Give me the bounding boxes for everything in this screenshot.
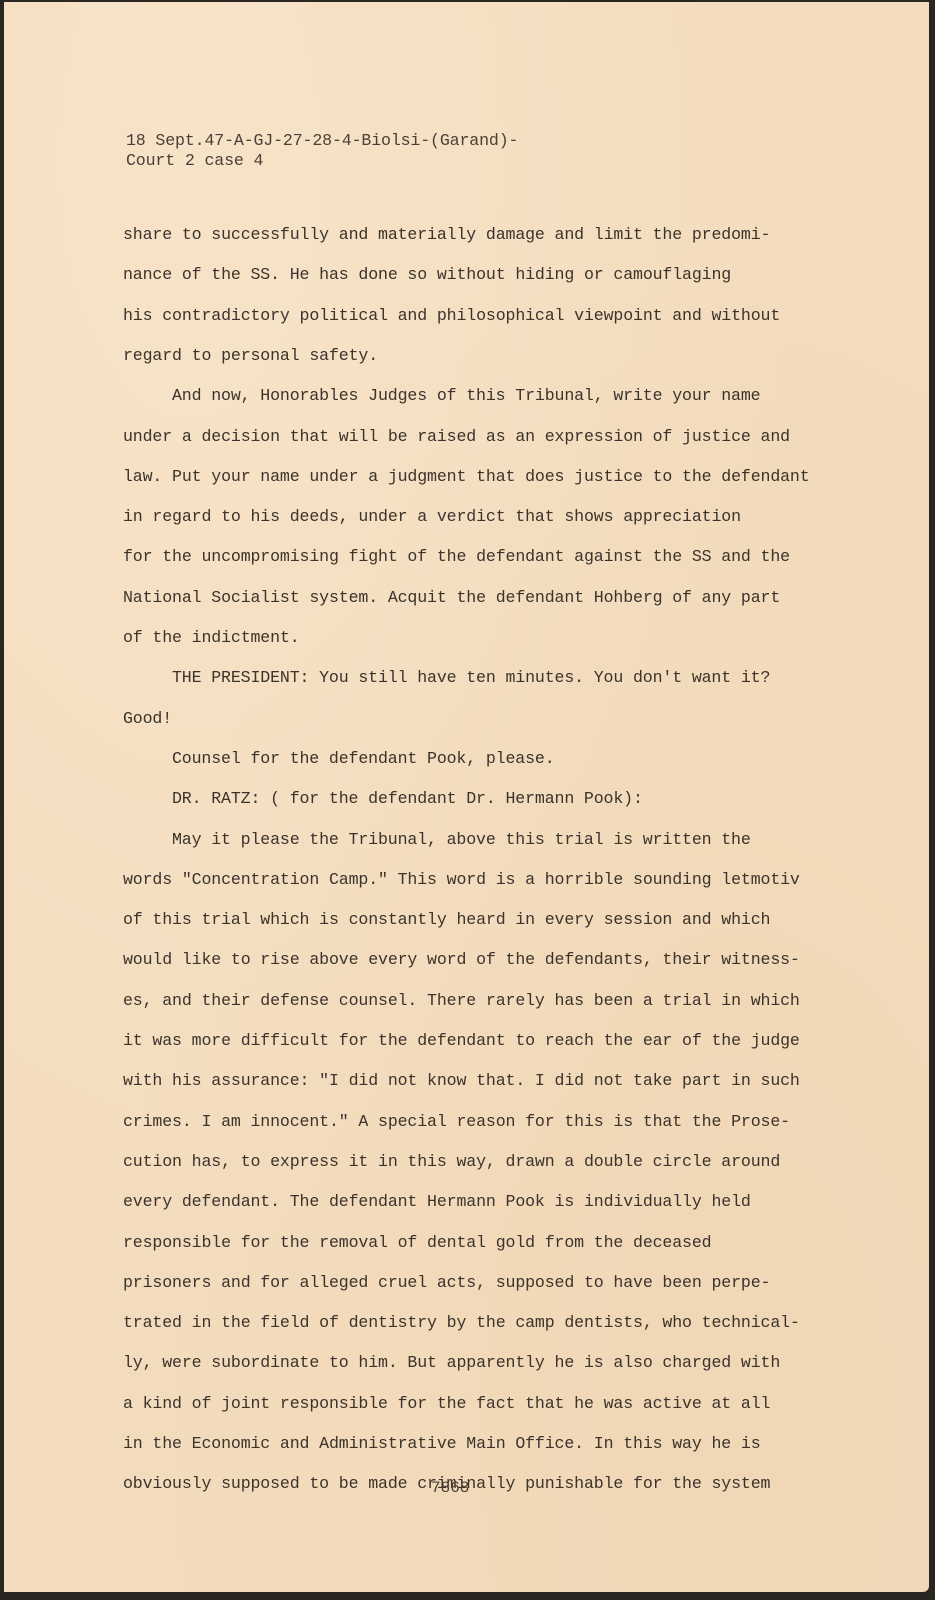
transcript-line: nance of the SS. He has done so without …	[123, 265, 731, 284]
transcript-line: of the indictment.	[123, 628, 300, 647]
transcript-line: share to successfully and materially dam…	[123, 225, 770, 244]
transcript-line: a kind of joint responsible for the fact…	[123, 1394, 770, 1413]
transcript-line: words "Concentration Camp." This word is…	[123, 870, 800, 889]
transcript-line: would like to rise above every word of t…	[123, 950, 800, 969]
transcript-line: law. Put your name under a judgment that…	[123, 467, 810, 486]
transcript-line: it was more difficult for the defendant …	[123, 1031, 800, 1050]
transcript-line: cution has, to express it in this way, d…	[123, 1152, 780, 1171]
transcript-line: es, and their defense counsel. There rar…	[123, 991, 800, 1010]
transcript-line: THE PRESIDENT: You still have ten minute…	[172, 668, 770, 687]
transcript-line: with his assurance: "I did not know that…	[123, 1071, 800, 1090]
transcript-line: responsible for the removal of dental go…	[123, 1233, 711, 1252]
transcript-line: in the Economic and Administrative Main …	[123, 1434, 761, 1453]
transcript-line: crimes. I am innocent." A special reason…	[123, 1112, 790, 1131]
transcript-line: National Socialist system. Acquit the de…	[123, 588, 780, 607]
transcript-line: And now, Honorables Judges of this Tribu…	[172, 386, 760, 405]
typewritten-page: 18 Sept.47-A-GJ-27-28-4-Biolsi-(Garand)-…	[4, 2, 929, 1592]
document-header-line-2: Court 2 case 4	[126, 151, 263, 170]
transcript-line: in regard to his deeds, under a verdict …	[123, 507, 741, 526]
document-header-line-1: 18 Sept.47-A-GJ-27-28-4-Biolsi-(Garand)-	[126, 131, 518, 150]
transcript-line: for the uncompromising fight of the defe…	[123, 547, 790, 566]
transcript-line: Good!	[123, 709, 172, 728]
transcript-line: every defendant. The defendant Hermann P…	[123, 1192, 751, 1211]
page-number: 7868	[431, 1479, 469, 1497]
transcript-line: DR. RATZ: ( for the defendant Dr. Herman…	[172, 789, 643, 808]
transcript-line: prisoners and for alleged cruel acts, su…	[123, 1273, 770, 1292]
transcript-line: under a decision that will be raised as …	[123, 427, 790, 446]
transcript-line: trated in the field of dentistry by the …	[123, 1313, 800, 1332]
transcript-line: Counsel for the defendant Pook, please.	[172, 749, 555, 768]
transcript-line: of this trial which is constantly heard …	[123, 910, 770, 929]
transcript-line: ly, were subordinate to him. But apparen…	[123, 1353, 780, 1372]
transcript-line: his contradictory political and philosop…	[123, 306, 780, 325]
transcript-line: May it please the Tribunal, above this t…	[172, 830, 751, 849]
transcript-line: regard to personal safety.	[123, 346, 378, 365]
